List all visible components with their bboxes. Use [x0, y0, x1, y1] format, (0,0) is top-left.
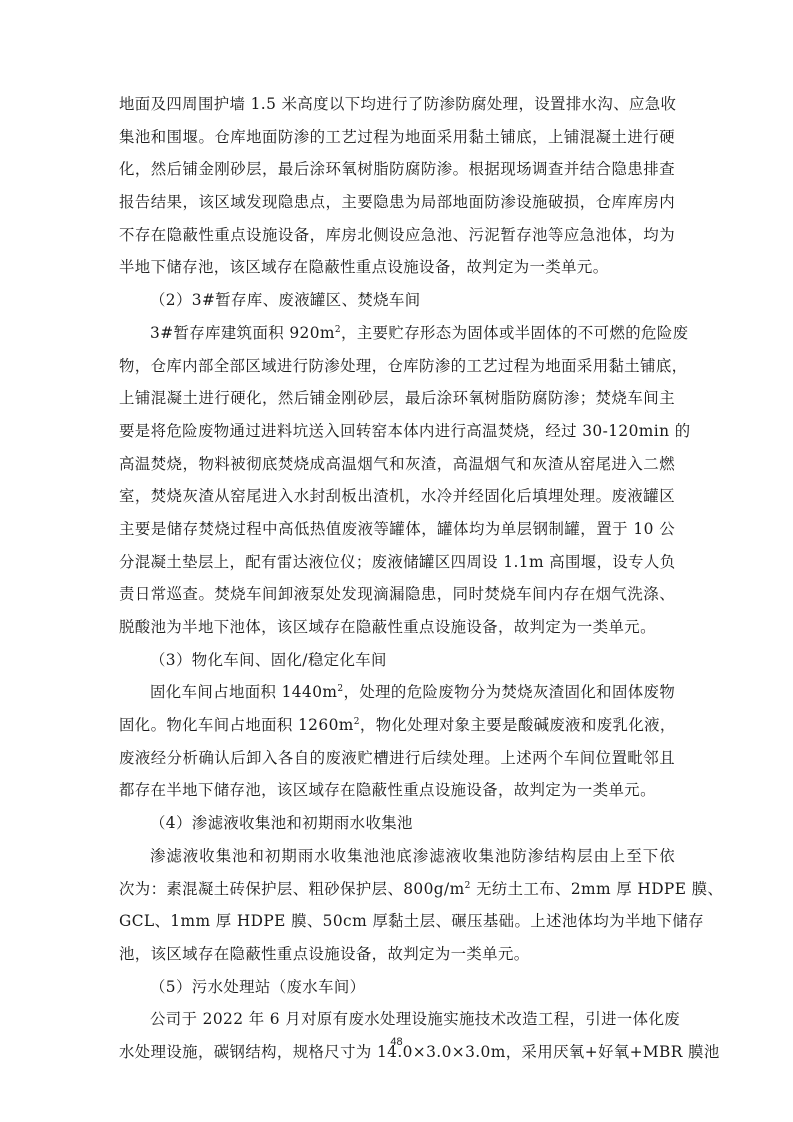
section-heading-5: （5）污水处理站（废水车间）: [119, 971, 675, 1004]
text-line: 固化。物化车间占地面积 1260m2，物化处理对象主要是酸碱废液和废乳化液，: [119, 709, 675, 742]
document-page: 地面及四周围护墙 1.5 米高度以下均进行了防渗防腐处理，设置排水沟、应急收 集…: [0, 0, 793, 1122]
text-line: 脱酸池为半地下池体，该区域存在隐蔽性重点设施设备，故判定为一类单元。: [119, 611, 675, 644]
text-line: 报告结果，该区域发现隐患点，主要隐患为局部地面防渗设施破损，仓库库房内: [119, 186, 675, 219]
text-line: 渗滤液收集池和初期雨水收集池池底渗滤液收集池防渗结构层由上至下依: [119, 840, 675, 873]
section-heading-3: （3）物化车间、固化/稳定化车间: [119, 644, 675, 677]
text-line: 废液经分析确认后卸入各自的废液贮槽进行后续处理。上述两个车间位置毗邻且: [119, 742, 675, 775]
text-line: 化，然后铺金刚砂层，最后涂环氧树脂防腐防渗。根据现场调查并结合隐患排查: [119, 153, 675, 186]
text-line: 公司于 2022 年 6 月对原有废水处理设施实施技术改造工程，引进一体化废: [119, 1003, 675, 1036]
text-line: 上铺混凝土进行硬化，然后铺金刚砂层，最后涂环氧树脂防腐防渗；焚烧车间主: [119, 382, 675, 415]
page-number: 48: [0, 1036, 793, 1048]
text-line: 次为：素混凝土砖保护层、粗砂保护层、800g/m2 无纺土工布、2mm 厚 HD…: [119, 873, 675, 906]
text-line: 地面及四周围护墙 1.5 米高度以下均进行了防渗防腐处理，设置排水沟、应急收: [119, 88, 675, 121]
text-line: 责日常巡查。焚烧车间卸液泵处发现滴漏隐患，同时焚烧车间内存在烟气洗涤、: [119, 578, 675, 611]
text-line: 都存在半地下储存池，该区域存在隐蔽性重点设施设备，故判定为一类单元。: [119, 774, 675, 807]
text-line: 不存在隐蔽性重点设施设备，库房北侧设应急池、污泥暂存池等应急池体，均为: [119, 219, 675, 252]
text-line: 要是将危险废物通过进料坑送入回转窑本体内进行高温焚烧，经过 30-120min …: [119, 415, 675, 448]
section-heading-4: （4）渗滤液收集池和初期雨水收集池: [119, 807, 675, 840]
text-line: 物，仓库内部全部区域进行防渗处理，仓库防渗的工艺过程为地面采用黏土铺底，: [119, 350, 675, 383]
text-line: GCL、1mm 厚 HDPE 膜、50cm 厚黏土层、碾压基础。上述池体均为半地…: [119, 905, 675, 938]
text-line: 3#暂存库建筑面积 920m2，主要贮存形态为固体或半固体的不可燃的危险废: [119, 317, 675, 350]
text-line: 固化车间占地面积 1440m2，处理的危险废物分为焚烧灰渣固化和固体废物: [119, 676, 675, 709]
text-line: 半地下储存池，该区域存在隐蔽性重点设施设备，故判定为一类单元。: [119, 251, 675, 284]
text-line: 主要是储存焚烧过程中高低热值废液等罐体，罐体均为单层钢制罐，置于 10 公: [119, 513, 675, 546]
text-line: 室，焚烧灰渣从窑尾进入水封刮板出渣机，水冷并经固化后填埋处理。废液罐区: [119, 480, 675, 513]
text-line: 池，该区域存在隐蔽性重点设施设备，故判定为一类单元。: [119, 938, 675, 971]
body-text: 地面及四周围护墙 1.5 米高度以下均进行了防渗防腐处理，设置排水沟、应急收 集…: [119, 88, 675, 1069]
text-line: 高温焚烧，物料被彻底焚烧成高温烟气和灰渣，高温烟气和灰渣从窑尾进入二燃: [119, 448, 675, 481]
text-line: 集池和围堰。仓库地面防渗的工艺过程为地面采用黏土铺底，上铺混凝土进行硬: [119, 121, 675, 154]
text-line: 分混凝土垫层上，配有雷达液位仪；废液储罐区四周设 1.1m 高围堰，设专人负: [119, 546, 675, 579]
section-heading-2: （2）3#暂存库、废液罐区、焚烧车间: [119, 284, 675, 317]
